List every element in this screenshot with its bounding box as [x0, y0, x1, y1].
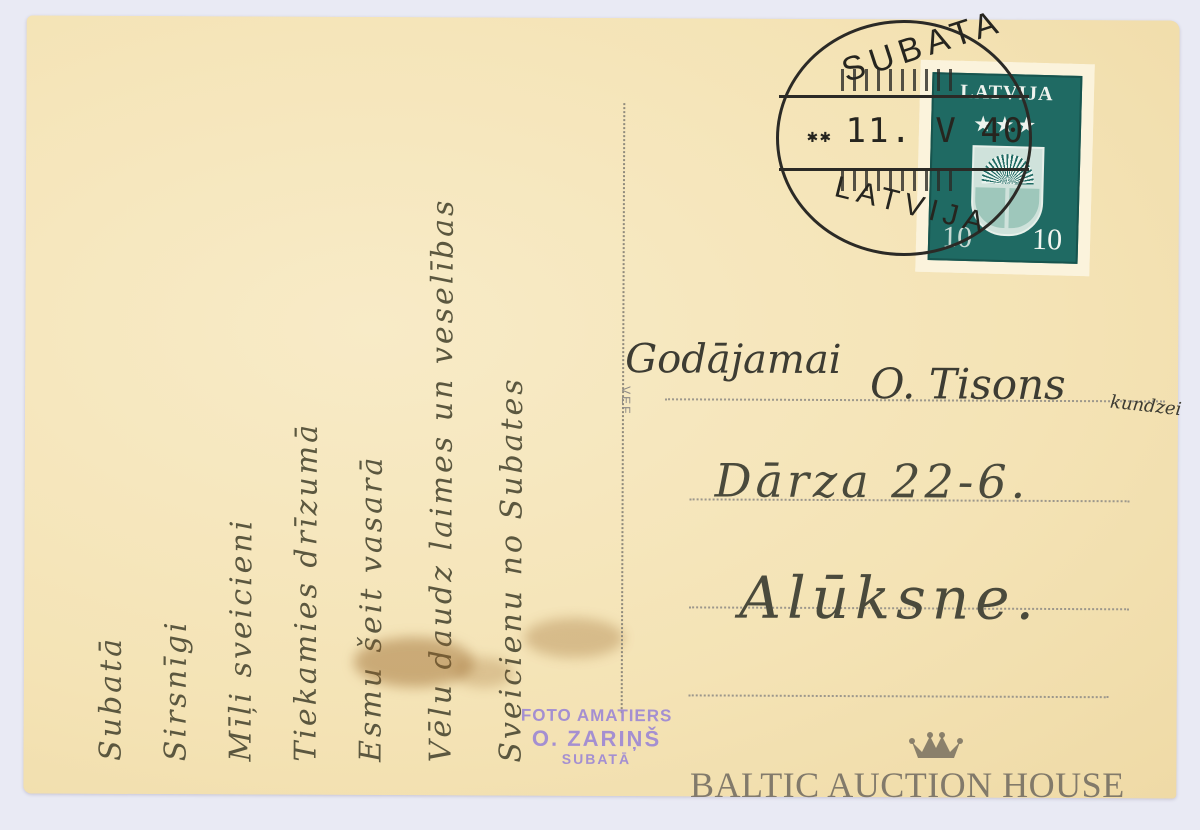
address-recipient: O. Tisons — [870, 359, 1066, 409]
message-line: Subatā — [93, 61, 131, 761]
address-city: Alūksne. — [739, 564, 1040, 633]
watermark-text: BALTIC AUCTION HOUSE — [690, 764, 1125, 806]
photographer-stamp-line2: O. ZARIŅŠ — [477, 725, 717, 751]
crown-icon — [908, 732, 964, 758]
message-line: Sirsnīgi — [158, 61, 196, 761]
printer-imprint: VEF — [613, 386, 633, 415]
photographer-stamp-line3: SUBATĀ — [476, 750, 716, 767]
postmark-date-text: 11. V 40 — [846, 111, 1026, 151]
photographer-stamp: FOTO AMATIERS O. ZARIŅŠ SUBATĀ — [476, 705, 716, 767]
message-line: Mīļi sveicieni — [223, 61, 261, 761]
address-line — [689, 694, 1109, 698]
stain — [524, 618, 624, 658]
postmark-hatching — [841, 69, 961, 91]
postmark-date: ✱✱ 11. V 40 — [807, 111, 1025, 151]
stamp-value: 10 — [1032, 223, 1063, 258]
address-street: Dārza 22-6. — [715, 453, 1030, 508]
message-line: Tiekamies drīzumā — [288, 62, 326, 762]
address-honorific: kundzei — [1109, 392, 1182, 421]
photographer-stamp-line1: FOTO AMATIERS — [477, 705, 717, 726]
stain — [354, 637, 474, 688]
address-salutation: Godājamai — [625, 336, 842, 383]
message-line: Sveicienu no Subates — [493, 63, 531, 763]
stain — [454, 657, 514, 687]
postmark: SUBATA ✱✱ 11. V 40 LATVIJA — [776, 20, 1032, 256]
